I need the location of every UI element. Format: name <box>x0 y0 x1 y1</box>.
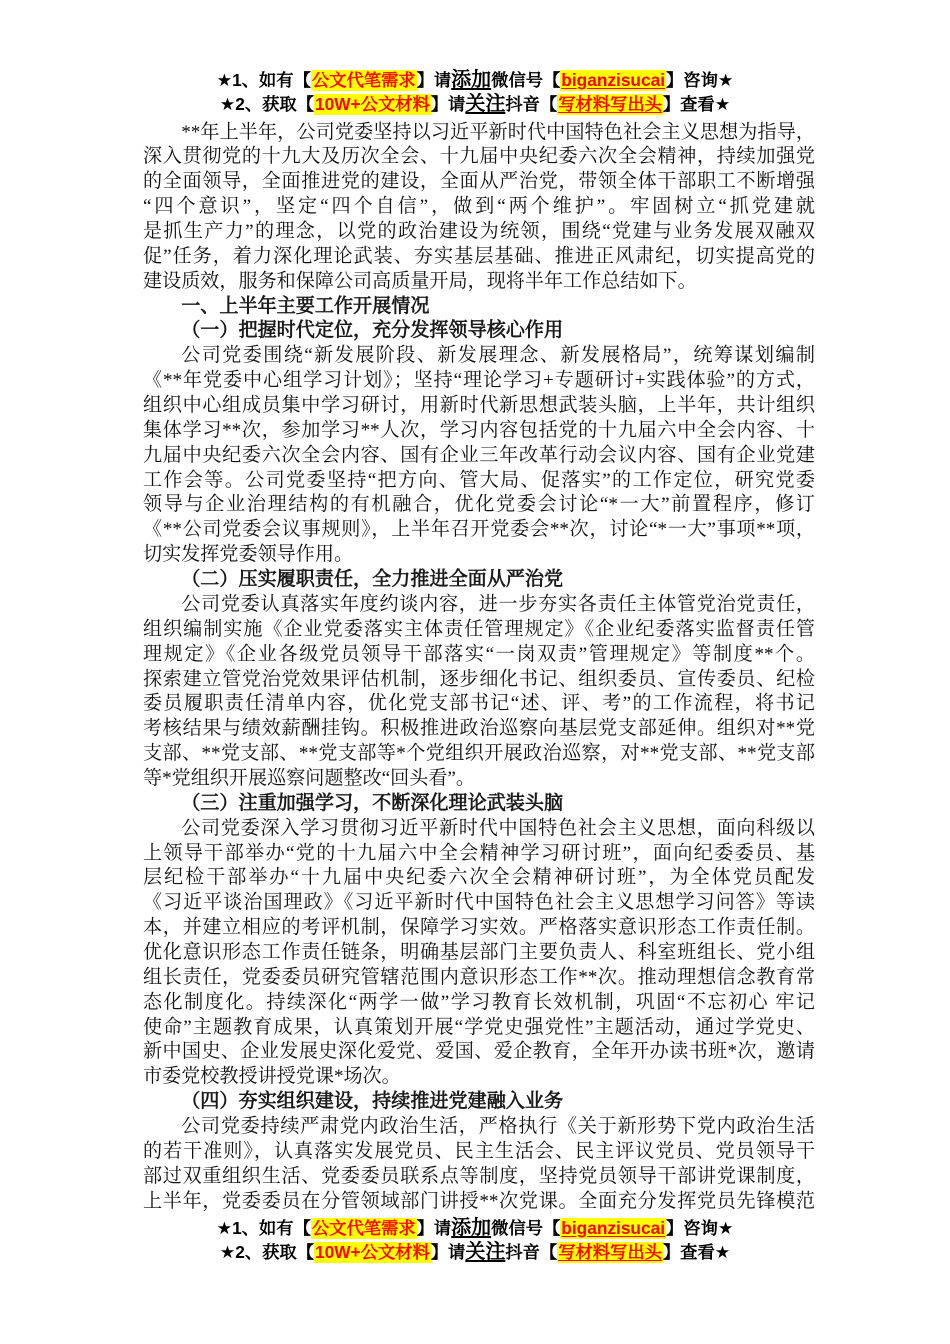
promo-banner-top: ★1、如有【公文代笔需求】请添加微信号【biganzisucai】咨询★ ★2、… <box>0 68 950 116</box>
text-line: **年上半年，公司党委坚持以习近平新时代中国特色社会主义思想为指导， <box>143 121 815 146</box>
highlighted-text: 公文代笔需求 <box>311 70 417 91</box>
heading-text: （四）夯实组织建设，持续推进党建融入业务 <box>143 1090 815 1115</box>
text-line: 深入贯彻党的十九大及历次全会、十九届中央纪委六次全会精神，持续加强党 <box>143 145 815 170</box>
promo-text: 】咨询★ <box>666 1216 733 1240</box>
promo-text: 】咨询★ <box>666 68 733 92</box>
text-line: 建设质效，服务和保障公司高质量开局，现将半年工作总结如下。 <box>143 270 815 295</box>
wechat-id-highlight: biganzisucai <box>560 70 666 91</box>
promo-text: 微信号【 <box>491 1216 560 1240</box>
document-page: ★1、如有【公文代笔需求】请添加微信号【biganzisucai】咨询★ ★2、… <box>0 0 950 1344</box>
text-line: 新中国史、企业发展史深化爱党、爱国、爱企教育，全年开办读书班*次，邀请 <box>143 1040 815 1065</box>
text-line: 九届中央纪委六次全会内容、国有企业三年改革行动会议内容、国有企业党建 <box>143 444 815 469</box>
promo-text: 】请 <box>417 1216 452 1240</box>
promo-line-2: ★2、获取【10W+公文材料】请关注抖音【写材料写出头】查看★ <box>0 1240 950 1264</box>
text-line: 公司党委围绕“新发展阶段、新发展理念、新发展格局”，统筹谋划编制 <box>143 344 815 369</box>
text-line: 领导与企业治理结构的有机融合，优化党委会讨论“*一大”前置程序，修订 <box>143 493 815 518</box>
section-heading: 一、上半年主要工作开展情况 <box>143 295 815 320</box>
text-line: 是抓生产力”的理念，以党的政治建设为统领，围绕“党建与业务发展双融双 <box>143 220 815 245</box>
promo-banner-bottom: ★1、如有【公文代笔需求】请添加微信号【biganzisucai】咨询★ ★2、… <box>0 1216 950 1264</box>
highlighted-text: 10W+公文材料 <box>314 1242 431 1263</box>
text-line: 等*党组织开展巡察问题整改“回头看”。 <box>143 767 815 792</box>
heading-text: 一、上半年主要工作开展情况 <box>143 295 815 320</box>
text-line: 的全面领导，全面推进党的建设，全面从严治党，带领全体干部职工不断增强 <box>143 170 815 195</box>
subsection-heading: （二）压实履职责任，全力推进全面从严治党 <box>143 568 815 593</box>
emphasized-text: 添加 <box>451 68 491 92</box>
text-line: 考核结果与绩效薪酬挂钩。积极推进政治巡察向基层党支部延伸。组织对**党 <box>143 717 815 742</box>
text-line: 态化制度化。持续深化“两学一做”学习教育长效机制，巩固“不忘初心 牢记 <box>143 991 815 1016</box>
text-line: 使命”主题教育成果，认真策划开展“学党史强党性”主题活动，通过学党史、 <box>143 1016 815 1041</box>
promo-line-1: ★1、如有【公文代笔需求】请添加微信号【biganzisucai】咨询★ <box>0 68 950 92</box>
promo-text: 】请 <box>431 92 466 116</box>
text-line: 支部、**党支部、**党支部等*个党组织开展政治巡察，对**党支部、**党支部 <box>143 742 815 767</box>
text-line: 集体学习**次，参加学习**人次，学习内容包括党的十九届六中全会内容、十 <box>143 419 815 444</box>
promo-text: 抖音【 <box>505 1240 557 1264</box>
highlighted-text: 公文代笔需求 <box>311 1218 417 1239</box>
text-line: 上半年，党委委员在分管领域部门讲授**次党课。全面充分发挥党员先锋模范 <box>143 1190 815 1215</box>
text-line: 公司党委认真落实年度约谈内容，进一步夯实各责任主体管党治党责任， <box>143 593 815 618</box>
text-line: 工作会等。公司党委坚持“把方向、管大局、促落实”的工作定位，研究党委 <box>143 469 815 494</box>
text-line: 层纪检干部举办“十九届中央纪委六次全会精神研讨班”，为全体党员配发 <box>143 866 815 891</box>
subsection-heading: （一）把握时代定位，充分发挥领导核心作用 <box>143 319 815 344</box>
promo-text: 】查看★ <box>663 92 730 116</box>
promo-line-2: ★2、获取【10W+公文材料】请关注抖音【写材料写出头】查看★ <box>0 92 950 116</box>
heading-text: （二）压实履职责任，全力推进全面从严治党 <box>143 568 815 593</box>
text-line: 探索建立管党治党效果评估机制，逐步细化书记、组织委员、宣传委员、纪检 <box>143 668 815 693</box>
promo-text: 微信号【 <box>491 68 560 92</box>
paragraph: 公司党委围绕“新发展阶段、新发展理念、新发展格局”，统筹谋划编制《**年党委中心… <box>143 344 815 568</box>
douyin-account-highlight: 写材料写出头 <box>557 94 663 115</box>
text-line: 促”任务，着力深化理论武装、夯实基层基础、推进正风肃纪，切实提高党的 <box>143 245 815 270</box>
promo-text: 】请 <box>431 1240 466 1264</box>
highlighted-text: 10W+公文材料 <box>314 94 431 115</box>
text-line: 市委党校教授讲授党课*场次。 <box>143 1065 815 1090</box>
subsection-heading: （四）夯实组织建设，持续推进党建融入业务 <box>143 1090 815 1115</box>
emphasized-text: 关注 <box>465 1240 505 1264</box>
emphasized-text: 添加 <box>451 1216 491 1240</box>
text-line: 组织中心组成员集中学习研讨，用新时代新思想武装头脑，上半年，共计组织 <box>143 394 815 419</box>
text-line: 《习近平谈治国理政》《习近平新时代中国特色社会主义思想学习问答》等读 <box>143 891 815 916</box>
promo-text: ★1、如有【 <box>217 68 311 92</box>
text-line: 组长责任，党委委员研究管辖范围内意识形态工作**次。推动理想信念教育常 <box>143 966 815 991</box>
text-line: 组织编制实施《企业党委落实主体责任管理规定》《企业纪委落实监督责任管 <box>143 618 815 643</box>
text-line: 本，并建立相应的考评机制，保障学习实效。严格落实意识形态工作责任制。 <box>143 916 815 941</box>
heading-text: （三）注重加强学习，不断深化理论武装头脑 <box>143 792 815 817</box>
document-body: **年上半年，公司党委坚持以习近平新时代中国特色社会主义思想为指导，深入贯彻党的… <box>143 121 815 1215</box>
text-line: 委员履职责任清单内容，优化党支部书记“述、评、考”的工作流程，将书记 <box>143 692 815 717</box>
paragraph: 公司党委深入学习贯彻习近平新时代中国特色社会主义思想，面向科级以上领导干部举办“… <box>143 817 815 1090</box>
text-line: 《**年党委中心组学习计划》；坚持“理论学习+专题研讨+实践体验”的方式， <box>143 369 815 394</box>
text-line: 公司党委深入学习贯彻习近平新时代中国特色社会主义思想，面向科级以 <box>143 817 815 842</box>
promo-text: 抖音【 <box>505 92 557 116</box>
paragraph: 公司党委认真落实年度约谈内容，进一步夯实各责任主体管党治党责任，组织编制实施《企… <box>143 593 815 792</box>
subsection-heading: （三）注重加强学习，不断深化理论武装头脑 <box>143 792 815 817</box>
paragraph: 公司党委持续严肃党内政治生活，严格执行《关于新形势下党内政治生活的若干准则》，认… <box>143 1115 815 1214</box>
promo-line-1: ★1、如有【公文代笔需求】请添加微信号【biganzisucai】咨询★ <box>0 1216 950 1240</box>
emphasized-text: 关注 <box>465 92 505 116</box>
text-line: 优化意识形态工作责任链条，明确基层部门主要负责人、科室班组长、党小组 <box>143 941 815 966</box>
promo-text: ★2、获取【 <box>220 1240 314 1264</box>
text-line: 的若干准则》，认真落实发展党员、民主生活会、民主评议党员、党员领导干 <box>143 1140 815 1165</box>
text-line: 公司党委持续严肃党内政治生活，严格执行《关于新形势下党内政治生活 <box>143 1115 815 1140</box>
text-line: 部过双重组织生活、党委委员联系点等制度，坚持党员领导干部讲党课制度， <box>143 1165 815 1190</box>
promo-text: 】请 <box>417 68 452 92</box>
text-line: 理规定》《企业各级党员领导干部落实“一岗双责”管理规定》等制度**个。 <box>143 643 815 668</box>
wechat-id-highlight: biganzisucai <box>560 1218 666 1239</box>
text-line: 上领导干部举办“党的十九届六中全会精神学习研讨班”，面向纪委委员、基 <box>143 842 815 867</box>
paragraph: **年上半年，公司党委坚持以习近平新时代中国特色社会主义思想为指导，深入贯彻党的… <box>143 121 815 295</box>
text-line: 切实发挥党委领导作用。 <box>143 543 815 568</box>
promo-text: 】查看★ <box>663 1240 730 1264</box>
douyin-account-highlight: 写材料写出头 <box>557 1242 663 1263</box>
text-line: 《**公司党委会议事规则》，上半年召开党委会**次，讨论“*一大”事项**项， <box>143 518 815 543</box>
promo-text: ★1、如有【 <box>217 1216 311 1240</box>
heading-text: （一）把握时代定位，充分发挥领导核心作用 <box>143 319 815 344</box>
text-line: “四个意识”，坚定“四个自信”，做到“两个维护”。牢固树立“抓党建就 <box>143 195 815 220</box>
promo-text: ★2、获取【 <box>220 92 314 116</box>
